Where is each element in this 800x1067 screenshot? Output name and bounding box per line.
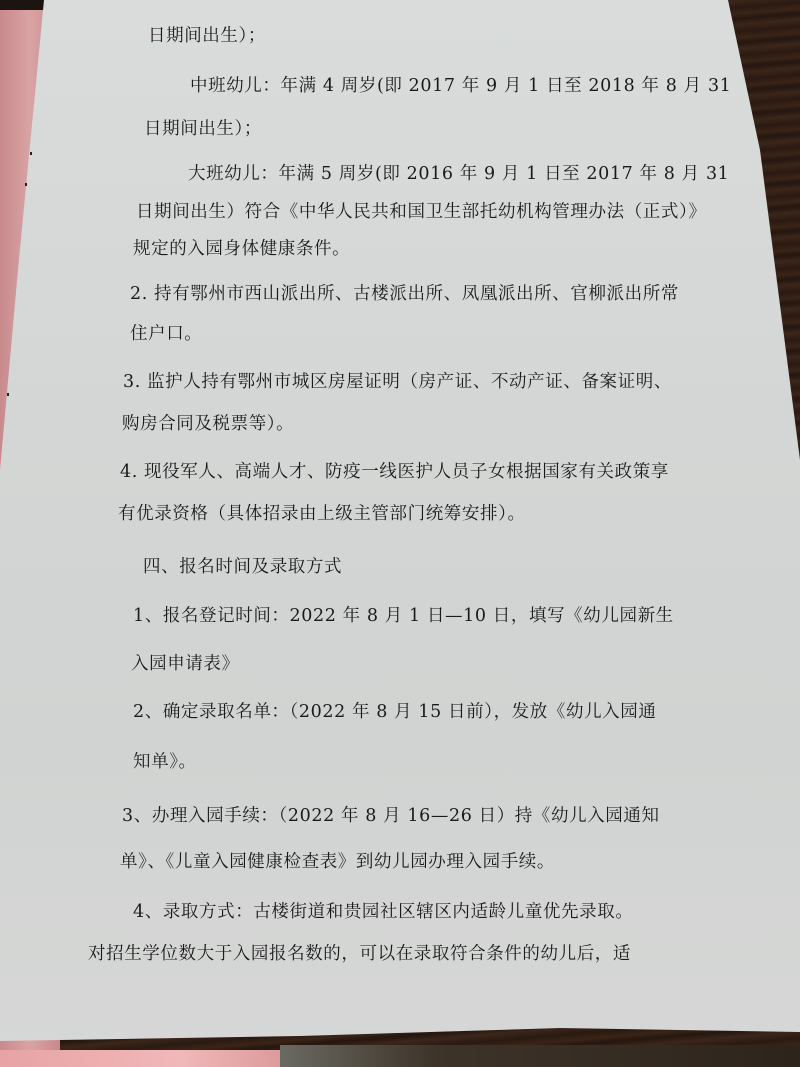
folder-bottom-edge	[0, 1050, 300, 1067]
text-line-birth-period-middle: 日期间出生）；	[144, 115, 262, 140]
text-line-registration-time: 1、报名登记时间：2022 年 8 月 1 日—10 日，填写《幼儿园新生	[133, 602, 674, 627]
table-bottom-edge	[280, 1045, 800, 1067]
text-line-registration-form: 入园申请表》	[131, 650, 240, 675]
text-line-item4-priority: 4. 现役军人、高端人才、防疫一线医护人员子女根据国家有关政策享	[120, 458, 669, 483]
text-line-enrollment-procedure: 3、办理入园手续：（2022 年 8 月 16—26 日）持《幼儿入园通知	[122, 802, 660, 827]
paper-speck	[30, 152, 32, 155]
text-line-item4-cont: 有优录资格（具体招录由上级主管部门统筹安排）。	[118, 500, 526, 525]
text-line-item3-housing: 3. 监护人持有鄂州市城区房屋证明（房产证、不动产证、备案证明、	[123, 368, 672, 393]
section-heading-registration: 四、报名时间及录取方式	[143, 553, 342, 578]
text-line-health-condition: 规定的入园身体健康条件。	[133, 235, 350, 260]
text-line-middle-class: 中班幼儿：年满 4 周岁(即 2017 年 9 月 1 日至 2018 年 8 …	[190, 72, 731, 97]
paper-speck	[25, 183, 27, 186]
text-line-senior-class: 大班幼儿：年满 5 周岁(即 2016 年 9 月 1 日至 2017 年 8 …	[188, 160, 729, 185]
text-line-item2-cont: 住户口。	[130, 320, 202, 345]
text-line-health-regulation: 日期间出生）符合《中华人民共和国卫生部托幼机构管理办法（正式）》	[136, 198, 706, 223]
text-line-birth-period-small: 日期间出生）；	[148, 22, 266, 47]
text-line-admission-method: 4、录取方式：古楼街道和贵园社区辖区内适龄儿童优先录取。	[133, 898, 633, 923]
text-line-admission-list: 2、确定录取名单：（2022 年 8 月 15 日前），发放《幼儿入园通	[133, 698, 656, 723]
text-line-item3-cont: 购房合同及税票等）。	[122, 410, 294, 435]
text-line-item2-household: 2. 持有鄂州市西山派出所、古楼派出所、凤凰派出所、官柳派出所常	[130, 280, 679, 305]
paper-speck	[7, 393, 9, 396]
text-line-admission-notice: 知单》。	[133, 748, 197, 773]
folder-corner-shadow	[0, 0, 45, 10]
text-line-admission-method-cont: 对招生学位数大于入园报名数的，可以在录取符合条件的幼儿后，适	[88, 940, 631, 965]
text-line-enrollment-documents: 单》、《儿童入园健康检查表》到幼儿园办理入园手续。	[120, 848, 555, 873]
